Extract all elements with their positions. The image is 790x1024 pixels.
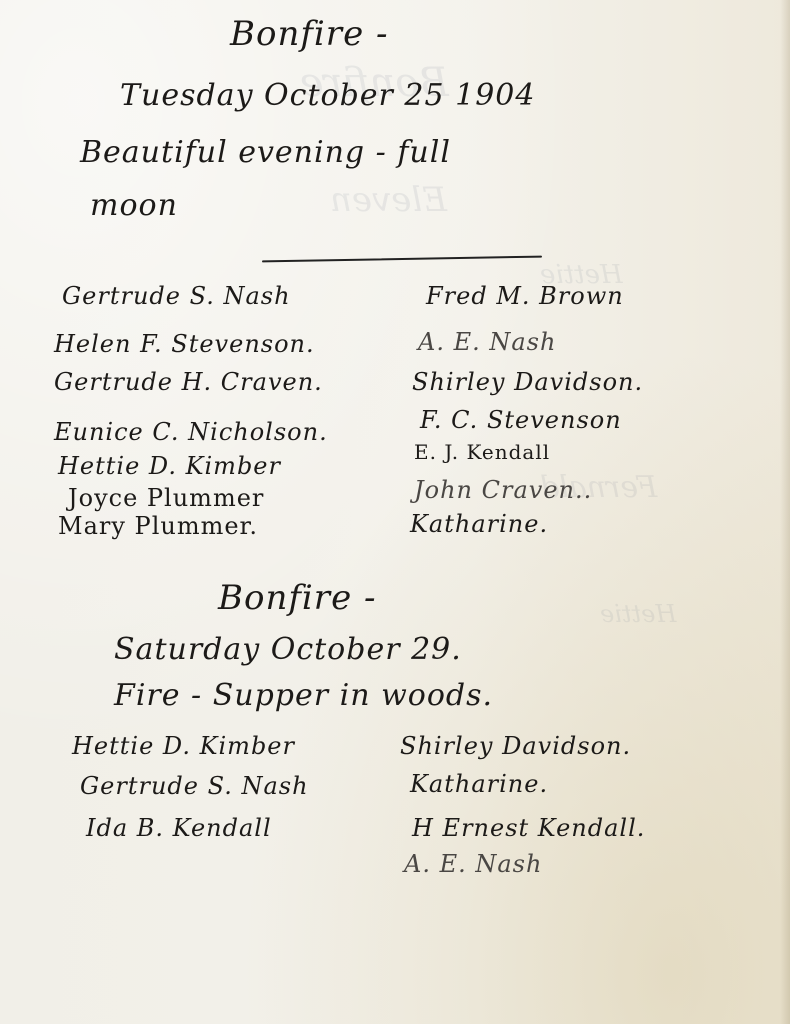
entry-1-note-line-1: Beautiful evening - full [80,135,451,170]
signature: Katharine. [410,770,548,798]
bleed-through-text: Hettie [600,600,676,628]
signature: A. E. Nash [418,328,556,356]
signature: Hettie D. Kimber [72,732,295,760]
signature: Fred M. Brown [426,282,624,310]
signature: John Craven.. [414,476,592,504]
entry-1-note-line-2: moon [90,188,178,223]
signature: Helen F. Stevenson. [54,330,315,358]
signature: E. J. Kendall [414,440,550,464]
entry-2-date: Saturday October 29. [114,632,462,667]
entry-1-title: Bonfire - [230,14,388,54]
signature: Gertrude H. Craven. [54,368,323,396]
page-edge-shadow [780,0,790,1024]
signature: Shirley Davidson. [412,368,643,396]
signature: H Ernest Kendall. [412,814,645,842]
guestbook-page: Bonfire Eleven Hettie Fernald Hettie Bon… [0,0,790,1024]
entry-2-title: Bonfire - [218,578,376,618]
signature: Katharine. [410,510,548,538]
signature: Shirley Davidson. [400,732,631,760]
divider-flourish [262,256,542,263]
signature: Joyce Plummer [68,484,264,512]
signature: Gertrude S. Nash [80,772,309,800]
signature: Gertrude S. Nash [62,282,291,310]
signature: Ida B. Kendall [86,814,272,842]
signature: F. C. Stevenson [420,406,622,434]
signature: Hettie D. Kimber [58,452,281,480]
signature: A. E. Nash [404,850,542,878]
entry-2-note-line-1: Fire - Supper in woods. [114,678,493,713]
bleed-through-text: Eleven [330,180,447,220]
signature: Mary Plummer. [58,512,258,540]
entry-1-date: Tuesday October 25 1904 [120,78,535,113]
signature: Eunice C. Nicholson. [54,418,328,446]
